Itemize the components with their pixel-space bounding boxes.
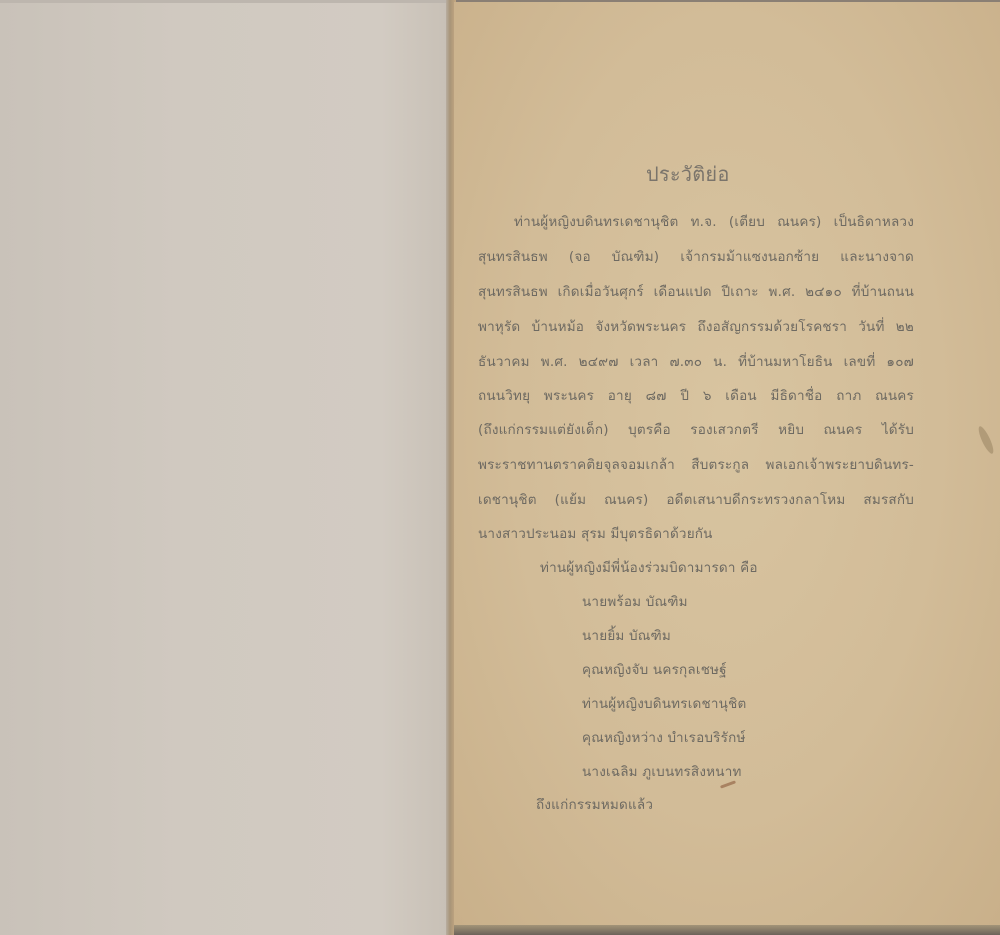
- book-spread: ประวัติย่อ ท่านผู้หญิงบดินทรเดชานุชิต ท.…: [0, 0, 1000, 935]
- paragraph-line: (ถึงแก่กรรมแต่ยังเด็ก) บุตรคือ รองเสวกตร…: [478, 418, 914, 440]
- page-edge-shadow: [454, 925, 1000, 935]
- siblings-intro: ท่านผู้หญิงมีพี่น้องร่วมบิดามารดา คือ: [540, 556, 758, 578]
- sibling-item: ท่านผู้หญิงบดินทรเดชานุชิต: [582, 692, 746, 714]
- sibling-item: นายพร้อม บัณฑิม: [582, 590, 688, 612]
- paragraph-line: สุนทรสินธพ (จอ บัณฑิม) เจ้ากรมม้าแซงนอกซ…: [478, 245, 914, 267]
- paragraph-line: สุนทรสินธพ เกิดเมื่อวันศุกร์ เดือนแปด ปี…: [478, 280, 914, 302]
- paragraph-line: เดชานุชิต (แย้ม ณนคร) อดีตเสนาบดีกระทรวง…: [478, 488, 914, 510]
- sibling-item: คุณหญิงจับ นครกุลเชษฐ์: [582, 658, 727, 680]
- paragraph-line: ถนนวิทยุ พระนคร อายุ ๘๗ ปี ๖ เดือน มีธิด…: [478, 384, 914, 406]
- paragraph-line: พาหุรัด บ้านหม้อ จังหวัดพระนคร ถึงอสัญกร…: [478, 315, 914, 337]
- paragraph-line: พระราชทานตราคติยจุลจอมเกล้า สืบตระกูล พล…: [478, 453, 914, 475]
- paragraph-line: ท่านผู้หญิงบดินทรเดชานุชิต ท.จ. (เตียบ ณ…: [478, 210, 914, 232]
- sibling-item: นายยิ้ม บัณฑิม: [582, 624, 671, 646]
- sibling-item: คุณหญิงหว่าง บำเรอบริรักษ์: [582, 726, 746, 748]
- page-title: ประวัติย่อ: [646, 158, 730, 190]
- paragraph-line: นางสาวประนอม สุรม มีบุตรธิดาด้วยกัน: [478, 522, 713, 544]
- sibling-item: นางเฉลิม ภูเบนทรสิงหนาท: [582, 760, 742, 782]
- closing-line: ถึงแก่กรรมหมดแล้ว: [536, 793, 653, 815]
- paragraph-line: ธันวาคม พ.ศ. ๒๔๙๗ เวลา ๗.๓๐ น. ที่บ้านมห…: [478, 350, 914, 372]
- left-blank-page: [0, 0, 448, 935]
